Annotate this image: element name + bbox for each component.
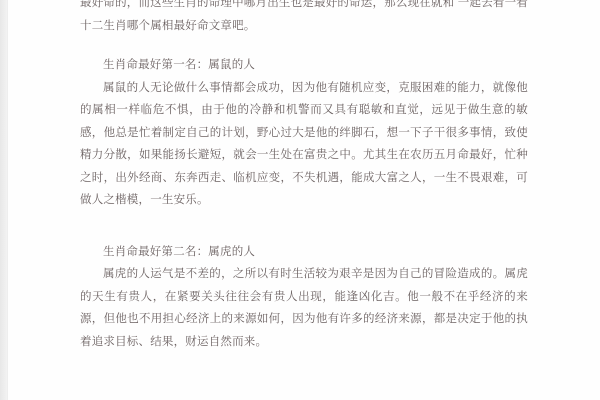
section-body-tiger: 属虎的人运气是不差的，之所以有时生活较为艰辛是因为自己的冒险造成的。属虎的天生有… (80, 263, 528, 353)
article-page: 最好命的，而这些生肖的命理中哪月出生也是最好的命运，那么现在就和 一起去看一看十… (0, 0, 600, 400)
page-edge (0, 0, 8, 400)
section-body-rat: 属鼠的人无论做什么事情都会成功，因为他有随机应变，克服困难的能力，就像他的属相一… (80, 77, 528, 212)
section-heading-rat: 生肖命最好第一名：属鼠的人 (80, 54, 528, 77)
section-heading-tiger: 生肖命最好第二名：属虎的人 (80, 241, 528, 264)
intro-paragraph: 最好命的，而这些生肖的命理中哪月出生也是最好的命运，那么现在就和 一起去看一看十… (80, 0, 528, 37)
article-content: 最好命的，而这些生肖的命理中哪月出生也是最好的命运，那么现在就和 一起去看一看十… (80, 0, 528, 353)
